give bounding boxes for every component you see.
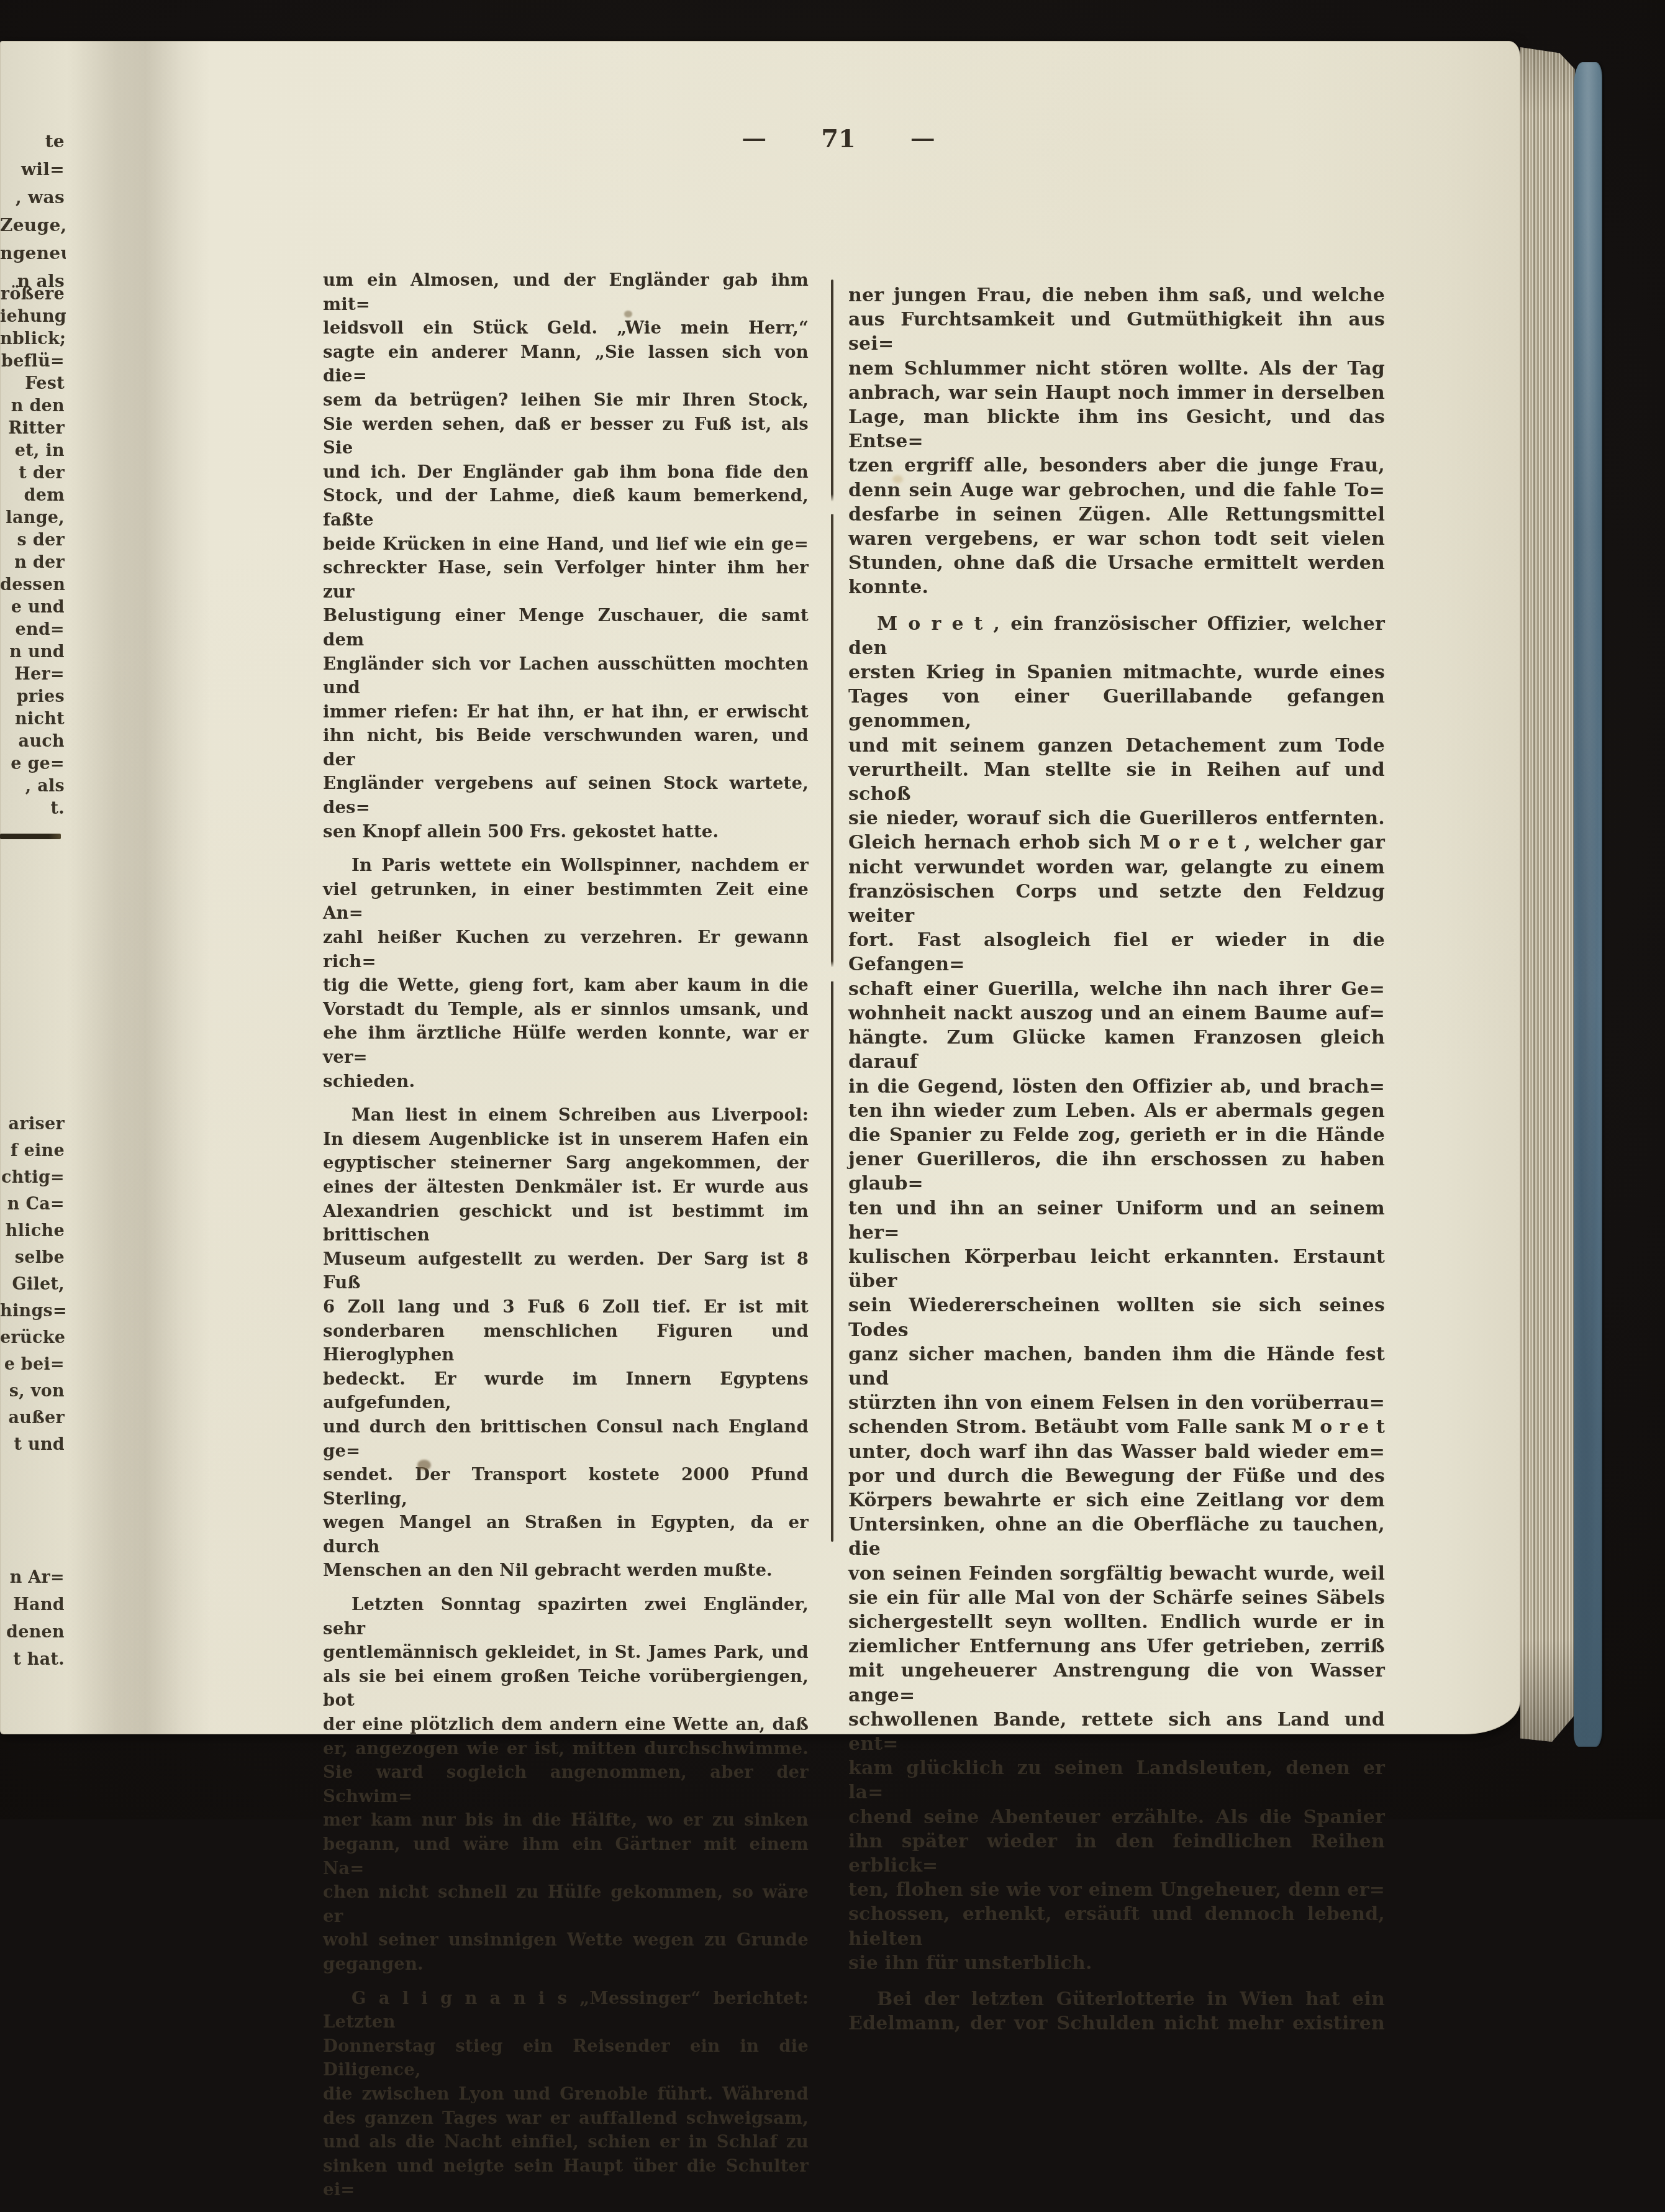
paragraph-body: In Paris wettete ein Wollspinner, nachde… bbox=[323, 853, 809, 1069]
paragraph: In Paris wettete ein Wollspinner, nachde… bbox=[323, 853, 809, 1093]
page-number: 71 bbox=[821, 124, 856, 153]
paragraph: Letzten Sonntag spazirten zwei Engländer… bbox=[323, 1593, 809, 1819]
paragraph-body: M o r e t , ein französischer Offizier, … bbox=[848, 612, 1385, 1819]
left-page-text-fragment: rößere iehung nblick; beflü= Fest n den … bbox=[0, 283, 65, 820]
left-page-text-fragment: n Ar= Hand denen t hat. bbox=[0, 1564, 65, 1673]
paragraph-body: um ein Almosen, und der Engländer gab ih… bbox=[323, 268, 809, 820]
paragraph-last-line: konnte. bbox=[848, 575, 1385, 599]
text-column-right: ner jungen Frau, die neben ihm saß, und … bbox=[848, 283, 1385, 1819]
paragraph: Man liest in einem Schreiben aus Liverpo… bbox=[323, 1103, 809, 1583]
paragraph-last-line: Menschen an den Nil gebracht werden mußt… bbox=[323, 1559, 809, 1583]
left-page-text-fragment: ariser f eine chtig= n Ca= hliche selbe … bbox=[0, 1111, 65, 1458]
column-divider-rule bbox=[831, 280, 833, 1542]
page-edges bbox=[1520, 47, 1575, 1742]
book-page-spread: te wil= , was Zeuge, ngeneu n als rößere… bbox=[0, 41, 1520, 1734]
paragraph-body: ner jungen Frau, die neben ihm saß, und … bbox=[848, 283, 1385, 575]
left-page-text-fragment: te wil= , was Zeuge, ngeneu n als bbox=[0, 127, 65, 295]
page-number-dash-left: — bbox=[742, 127, 766, 151]
paragraph-body: Letzten Sonntag spazirten zwei Engländer… bbox=[323, 1593, 809, 1819]
paragraph: um ein Almosen, und der Engländer gab ih… bbox=[323, 268, 809, 844]
paragraph: M o r e t , ein französischer Offizier, … bbox=[848, 612, 1385, 1819]
paragraph-body: Man liest in einem Schreiben aus Liverpo… bbox=[323, 1103, 809, 1559]
page-number-dash-right: — bbox=[910, 127, 935, 151]
paragraph: ner jungen Frau, die neben ihm saß, und … bbox=[848, 283, 1385, 600]
left-page-horizontal-rule bbox=[0, 834, 61, 839]
paragraph-last-line: sen Knopf allein 500 Frs. gekostet hatte… bbox=[323, 820, 809, 844]
book-cover-edge bbox=[1574, 62, 1602, 1747]
photo-background: te wil= , was Zeuge, ngeneu n als rößere… bbox=[0, 0, 1665, 1819]
left-page-edge: te wil= , was Zeuge, ngeneu n als rößere… bbox=[0, 41, 66, 1734]
page-number-row: — 71 — bbox=[559, 124, 1118, 153]
paragraph-last-line: schieden. bbox=[323, 1070, 809, 1094]
text-column-left: um ein Almosen, und der Engländer gab ih… bbox=[323, 268, 809, 1819]
gutter-shadow bbox=[67, 41, 210, 1734]
